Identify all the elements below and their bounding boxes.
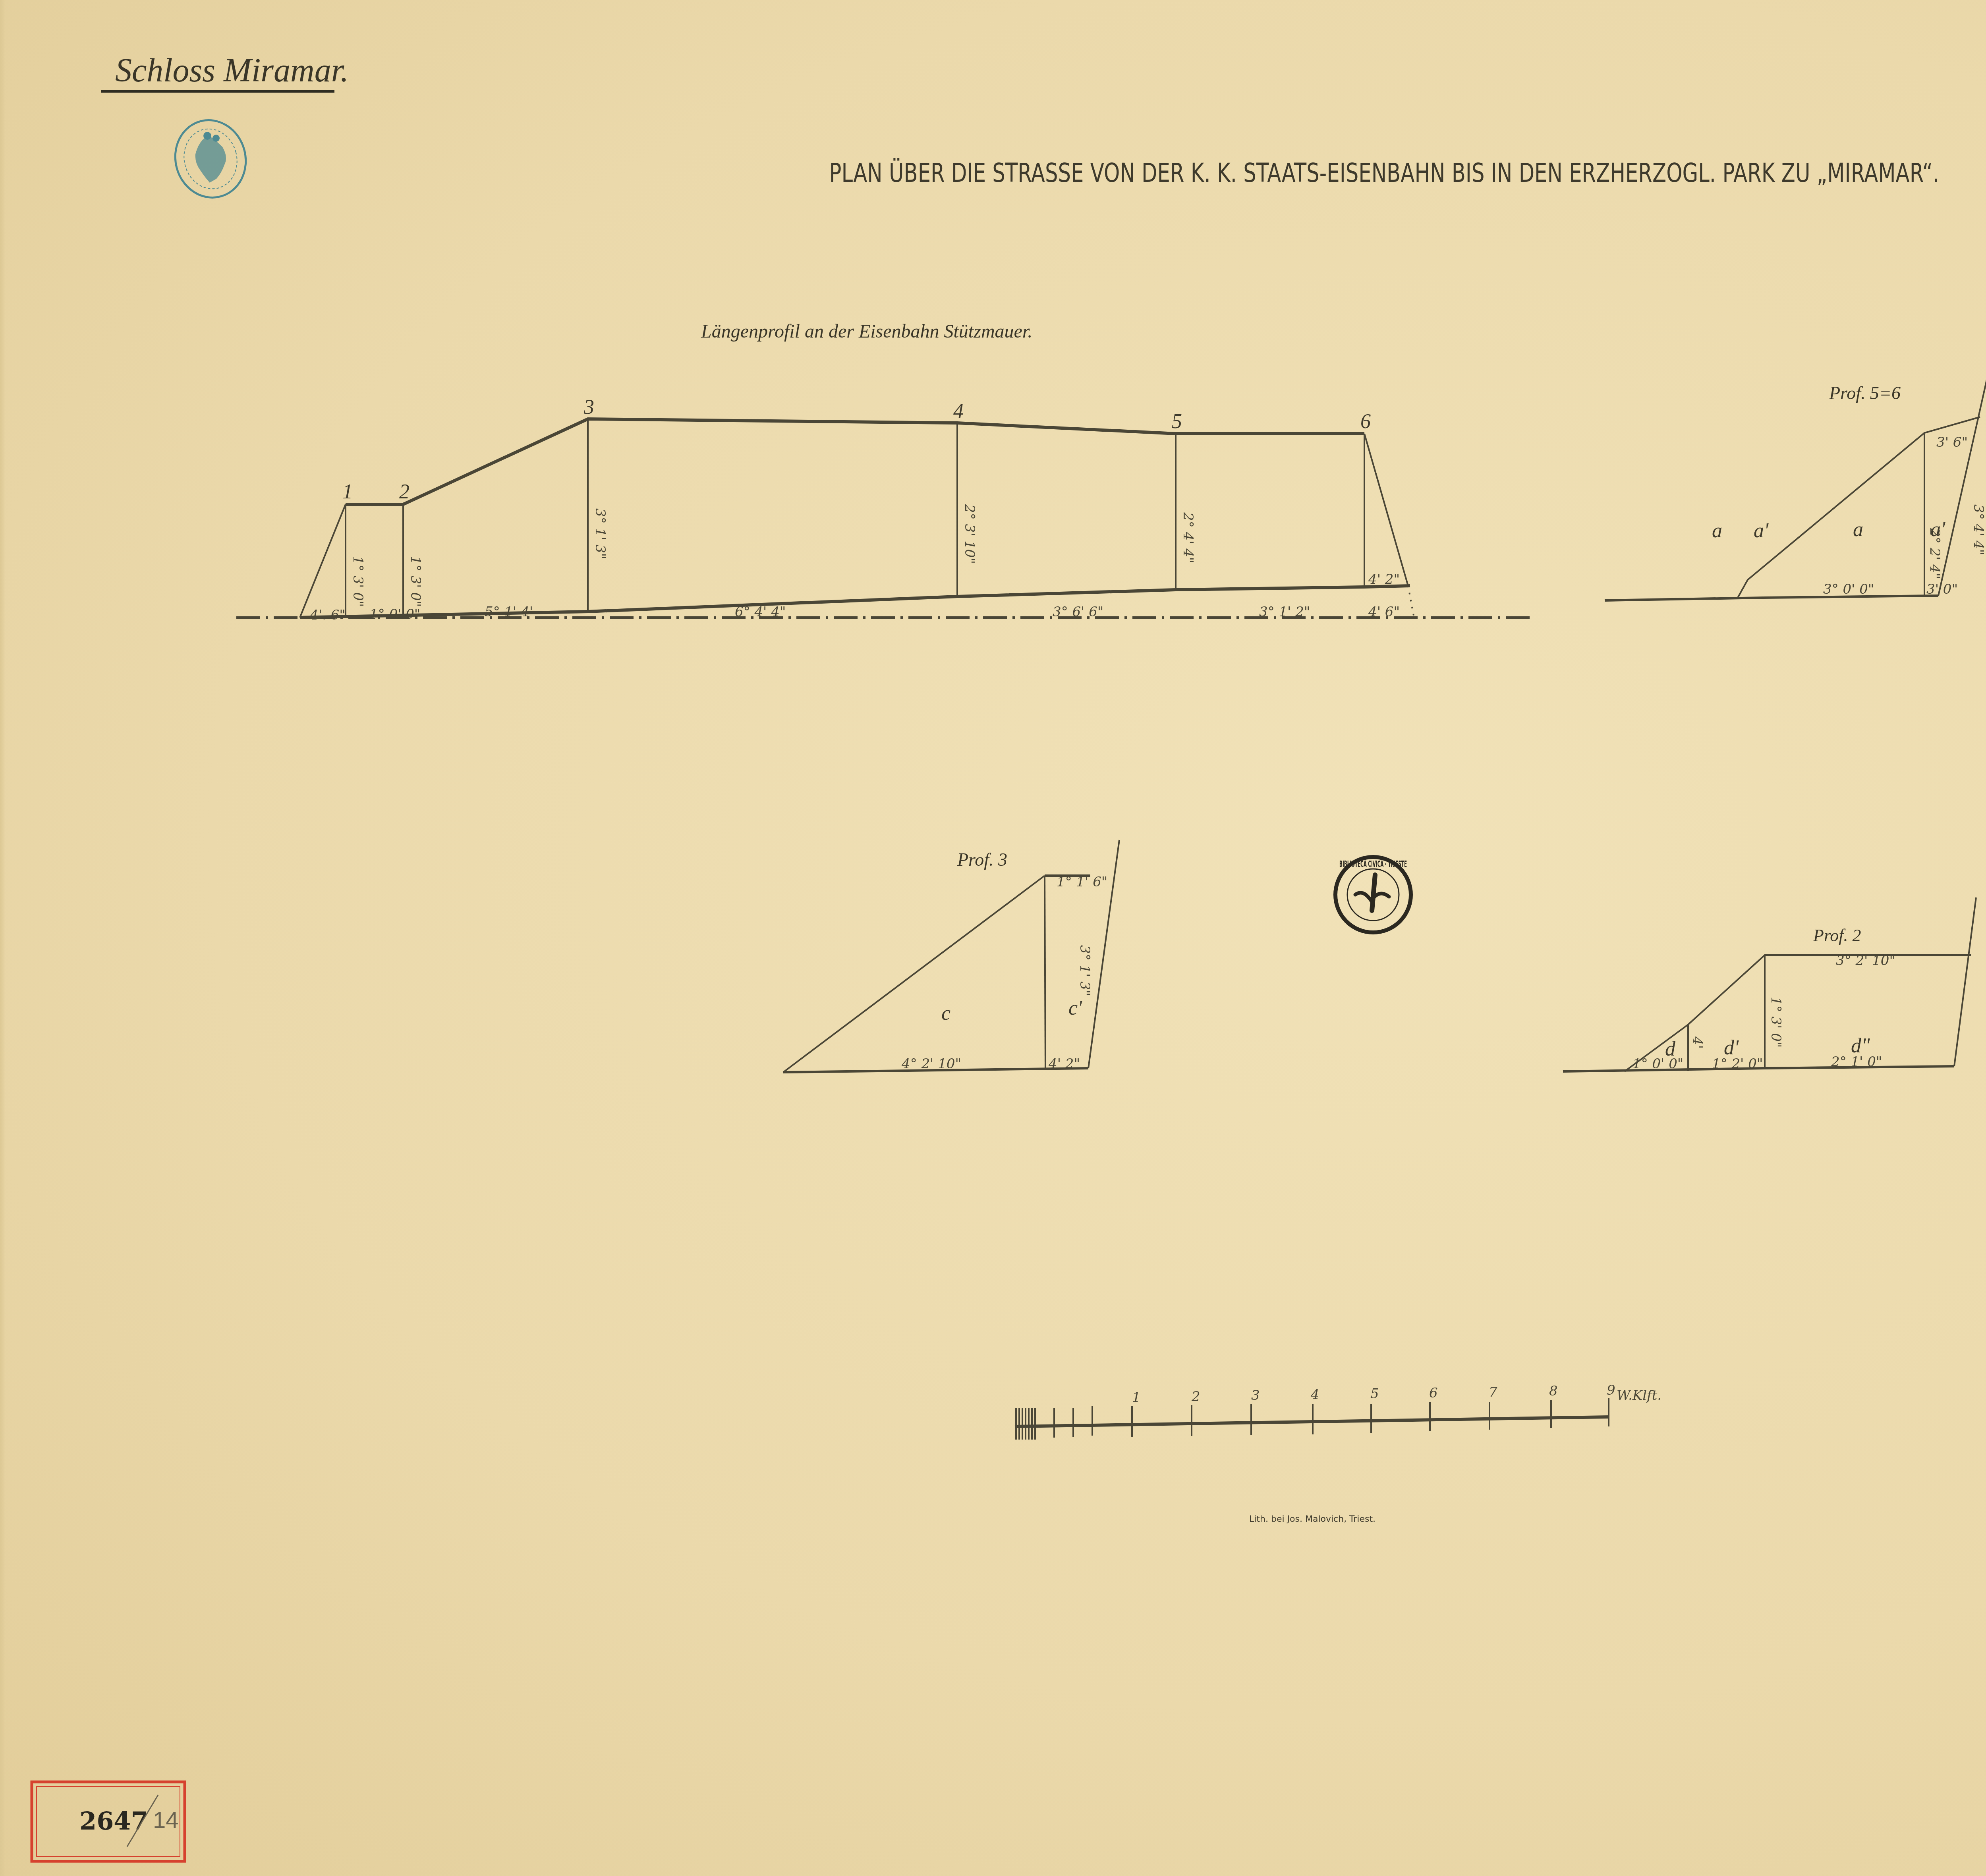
ground-line [1605, 598, 1764, 600]
base-dim: 4' 6" [1368, 604, 1400, 620]
dim: 1° 1' 6" [1057, 874, 1108, 890]
dim: 1° 0' 0" [1632, 1056, 1684, 1072]
base-dim: 3° 6' 6" [1053, 604, 1104, 620]
station-label-2: 2 [399, 481, 410, 503]
station-label-4: 4 [953, 400, 964, 423]
eagle-crest-stamp [167, 112, 255, 206]
area-label-a-visible: a [1853, 518, 1863, 541]
scale-bar-line [1015, 1417, 1609, 1426]
lithographer-credit: Lith. bei Jos. Malovich, Triest. [1249, 1514, 1376, 1524]
catalog-label: 2647 14 [32, 1782, 185, 1861]
dim: 2° 1' 0" [1831, 1054, 1882, 1070]
section-title: Prof. 3 [957, 849, 1007, 870]
station-label-3: 3 [583, 396, 594, 419]
station-label-5: 5 [1172, 410, 1182, 433]
wall-top-line [346, 419, 1364, 504]
dim: 4' 2" [1048, 1056, 1080, 1072]
cross-section-prof-5-6: Prof. 5=6 a a' a a a' 3' 6" 3° 0' 0" 3' … [1605, 365, 1986, 600]
collection-title: Schloss Miramar. [115, 52, 349, 89]
base-dim: 5° 1' 4' [485, 604, 533, 620]
dim: 1° 3' 0" [1768, 997, 1784, 1048]
cross-section-prof-3: Prof. 3 c c' 1° 1' 6" 4° 2' 10" 4' 2" 3°… [783, 840, 1119, 1072]
section-title: Prof. 2 [1813, 926, 1861, 945]
base-dim: 4'. 6" [309, 607, 346, 623]
scale-tick-label: 2 [1191, 1389, 1200, 1405]
dim: 3' 0" [1926, 581, 1958, 597]
wall-face [1938, 365, 1986, 596]
scale-tick-label: 6 [1429, 1385, 1438, 1401]
dim: 4° 2' 10" [901, 1056, 961, 1072]
height-dim: 1° 3' 0" [408, 556, 423, 607]
height-dim: 2° 4' 4" [1180, 512, 1196, 564]
catalog-suffix: 14 [153, 1807, 179, 1833]
embankment-slope [1625, 955, 1971, 1071]
area-label: a [1712, 519, 1722, 542]
scale-tick-label: 5 [1370, 1386, 1379, 1402]
section-title: Prof. 5=6 [1829, 383, 1901, 403]
cross-section-prof-2: Prof. 2 d d' d" 3° 2' 10" 1° 0' 0" 1° 2'… [1563, 897, 1976, 1072]
plan-title: PLAN ÜBER DIE STRASSE VON DER K. K. STAA… [829, 158, 1940, 188]
catalog-number: 2647 [79, 1807, 148, 1835]
technical-drawing: Schloss Miramar. № 14. PLAN ÜBER DIE STR… [0, 0, 1986, 1876]
area-label: c' [1068, 997, 1082, 1019]
base-dim: 1° 0' 0" [369, 606, 421, 622]
station-label-6: 6 [1360, 410, 1371, 433]
dim: 2° 2' 4" [1927, 528, 1943, 579]
scale-fine-ticks [1016, 1408, 1035, 1440]
scale-bar: 1 2 3 4 5 6 7 8 9 W.Klft. [1015, 1382, 1661, 1440]
dim: 3° 2' 10" [1836, 953, 1895, 969]
drawing-sheet: Schloss Miramar. № 14. PLAN ÜBER DIE STR… [0, 0, 1986, 1876]
dim: 3' 6" [1936, 434, 1968, 450]
dim: 4' [1689, 1036, 1705, 1049]
longitudinal-profile: Längenprofil an der Eisenbahn Stützmauer… [236, 321, 1535, 623]
scale-tick-label: 4 [1310, 1387, 1319, 1403]
section-vertical [1045, 876, 1045, 1070]
base-dim: 3° 1' 2" [1259, 604, 1310, 620]
right-batter-extension [1408, 586, 1414, 618]
dim: 3° 4' 4" [1971, 504, 1986, 556]
header: Schloss Miramar. № 14. PLAN ÜBER DIE STR… [101, 50, 1986, 188]
scale-unit: W.Klft. [1617, 1388, 1661, 1403]
wall-face [1954, 897, 1976, 1066]
scale-main-ticks-2 [1132, 1404, 1251, 1437]
ground-line [300, 586, 1410, 618]
dim: 3° 1' 3" [1077, 945, 1093, 996]
base-dim: 6° 4' 4" [735, 604, 786, 620]
right-batter [1364, 434, 1408, 586]
longitudinal-profile-title: Längenprofil an der Eisenbahn Stützmauer… [701, 321, 1032, 342]
scale-tick-label: 1 [1132, 1390, 1141, 1405]
scale-tick-label: 3 [1251, 1388, 1260, 1403]
embankment-slope [783, 876, 1045, 1072]
scale-tick-label: 7 [1489, 1384, 1497, 1400]
library-stamp: BIBLIOTECA CIVICA · TRIESTE [1335, 857, 1411, 932]
library-stamp-text: BIBLIOTECA CIVICA · TRIESTE [1339, 859, 1407, 869]
height-dim: 3° 1' 3" [592, 508, 608, 560]
dim: 3° 0' 0" [1823, 581, 1874, 597]
scale-tick-label: 8 [1549, 1383, 1558, 1399]
station-label-1: 1 [342, 481, 353, 503]
area-label: c [941, 1002, 950, 1025]
left-batter [300, 504, 346, 618]
height-dim: 2° 3' 10" [962, 504, 978, 564]
scale-tick-label: 9 [1607, 1382, 1615, 1398]
height-dim: 1° 3' 0" [350, 556, 366, 607]
dim: 1° 2' 0" [1712, 1056, 1763, 1072]
base-dim-top: 4' 2" [1368, 571, 1400, 587]
